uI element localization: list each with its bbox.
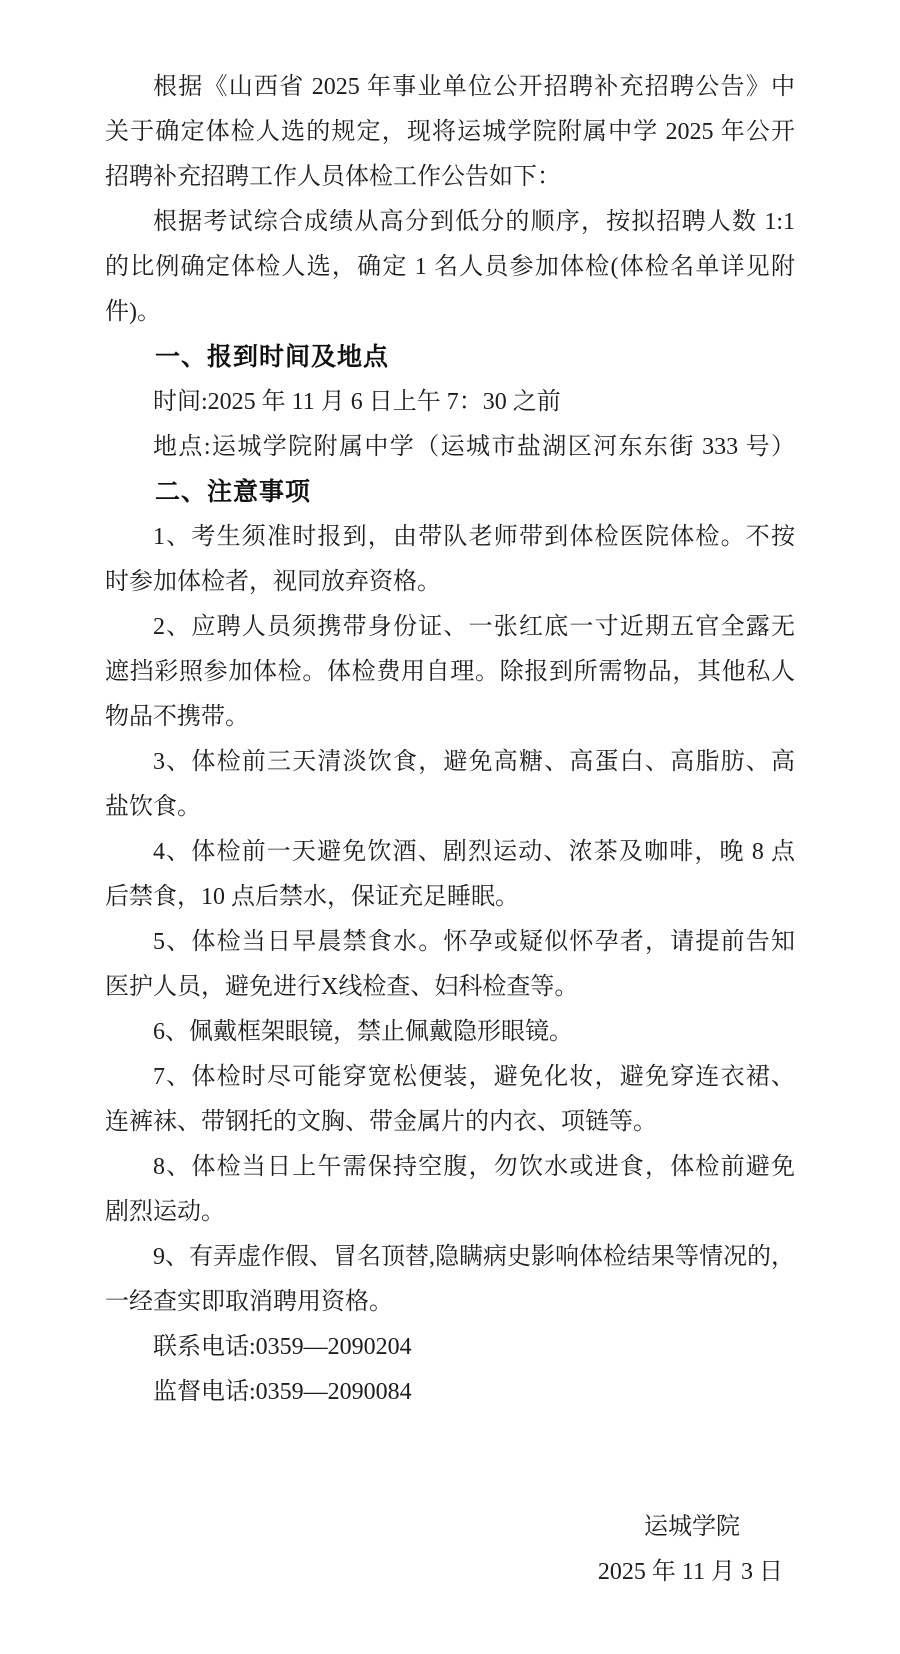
paragraph: 时间:2025 年 11 月 6 日上午 7：30 之前 [105,380,795,425]
text-line: 一经查实即取消聘用资格。 [105,1280,795,1325]
section-heading: 二、注意事项 [105,470,795,515]
text-line: 盐饮食。 [105,785,795,830]
text-line: 6、佩戴框架眼镜，禁止佩戴隐形眼镜。 [105,1010,795,1055]
text-line: 物品不携带。 [105,695,795,740]
signature-line: 2025 年 11 月 3 日 [105,1550,795,1595]
paragraph: 8、体检当日上午需保持空腹，勿饮水或进食，体检前避免剧烈运动。 [105,1145,795,1235]
paragraph: 9、有弄虚作假、冒名顶替,隐瞒病史影响体检结果等情况的，一经查实即取消聘用资格。 [105,1235,795,1325]
text-line: 8、体检当日上午需保持空腹，勿饮水或进食，体检前避免 [105,1145,795,1190]
paragraph: 根据《山西省 2025 年事业单位公开招聘补充招聘公告》中关于确定体检人选的规定… [105,65,795,200]
heading-line: 一、报到时间及地点 [105,335,795,380]
text-line: 根据考试综合成绩从高分到低分的顺序，按拟招聘人数 1:1 [105,200,795,245]
text-line: 4、体检前一天避免饮酒、剧烈运动、浓茶及咖啡，晚 8 点 [105,830,795,875]
text-line: 1、考生须准时报到，由带队老师带到体检医院体检。不按 [105,515,795,560]
paragraph: 7、体检时尽可能穿宽松便装，避免化妆，避免穿连衣裙、连裤袜、带钢托的文胸、带金属… [105,1055,795,1145]
paragraph: 2、应聘人员须携带身份证、一张红底一寸近期五官全露无遮挡彩照参加体检。体检费用自… [105,605,795,740]
text-line: 2、应聘人员须携带身份证、一张红底一寸近期五官全露无 [105,605,795,650]
text-line: 件)。 [105,290,795,335]
text-line: 招聘补充招聘工作人员体检工作公告如下： [105,155,795,200]
text-line: 关于确定体检人选的规定，现将运城学院附属中学 2025 年公开 [105,110,795,155]
signature-line: 运城学院 [105,1505,795,1550]
text-line: 联系电话:0359—2090204 [105,1325,795,1370]
text-line: 遮挡彩照参加体检。体检费用自理。除报到所需物品，其他私人 [105,650,795,695]
heading-line: 二、注意事项 [105,470,795,515]
paragraph: 地点:运城学院附属中学（运城市盐湖区河东东街 333 号） [105,425,795,470]
text-line: 根据《山西省 2025 年事业单位公开招聘补充招聘公告》中 [105,65,795,110]
text-line: 时参加体检者，视同放弃资格。 [105,560,795,605]
paragraph: 1、考生须准时报到，由带队老师带到体检医院体检。不按时参加体检者，视同放弃资格。 [105,515,795,605]
text-line: 时间:2025 年 11 月 6 日上午 7：30 之前 [105,380,795,425]
text-line: 的比例确定体检人选，确定 1 名人员参加体检(体检名单详见附 [105,245,795,290]
paragraph: 5、体检当日早晨禁食水。怀孕或疑似怀孕者，请提前告知医护人员，避免进行X线检查、… [105,920,795,1010]
paragraph: 3、体检前三天清淡饮食，避免高糖、高蛋白、高脂肪、高盐饮食。 [105,740,795,830]
paragraph: 6、佩戴框架眼镜，禁止佩戴隐形眼镜。 [105,1010,795,1055]
text-line: 5、体检当日早晨禁食水。怀孕或疑似怀孕者，请提前告知 [105,920,795,965]
paragraph: 4、体检前一天避免饮酒、剧烈运动、浓茶及咖啡，晚 8 点后禁食，10 点后禁水，… [105,830,795,920]
text-line: 7、体检时尽可能穿宽松便装，避免化妆，避免穿连衣裙、 [105,1055,795,1100]
signature-block: 运城学院 [105,1505,795,1550]
text-line: 监督电话:0359—2090084 [105,1370,795,1415]
paragraph: 联系电话:0359—2090204 [105,1325,795,1370]
document-page: 根据《山西省 2025 年事业单位公开招聘补充招聘公告》中关于确定体检人选的规定… [0,0,900,1654]
text-line: 地点:运城学院附属中学（运城市盐湖区河东东街 333 号） [105,425,795,470]
text-line: 后禁食，10 点后禁水，保证充足睡眠。 [105,875,795,920]
text-line: 3、体检前三天清淡饮食，避免高糖、高蛋白、高脂肪、高 [105,740,795,785]
blank-space [105,1415,795,1505]
paragraph: 根据考试综合成绩从高分到低分的顺序，按拟招聘人数 1:1的比例确定体检人选，确定… [105,200,795,335]
text-line: 剧烈运动。 [105,1190,795,1235]
signature-block: 2025 年 11 月 3 日 [105,1550,795,1595]
text-line: 连裤袜、带钢托的文胸、带金属片的内衣、项链等。 [105,1100,795,1145]
paragraph: 监督电话:0359—2090084 [105,1370,795,1415]
text-line: 9、有弄虚作假、冒名顶替,隐瞒病史影响体检结果等情况的， [105,1235,795,1280]
section-heading: 一、报到时间及地点 [105,335,795,380]
text-line: 医护人员，避免进行X线检查、妇科检查等。 [105,965,795,1010]
